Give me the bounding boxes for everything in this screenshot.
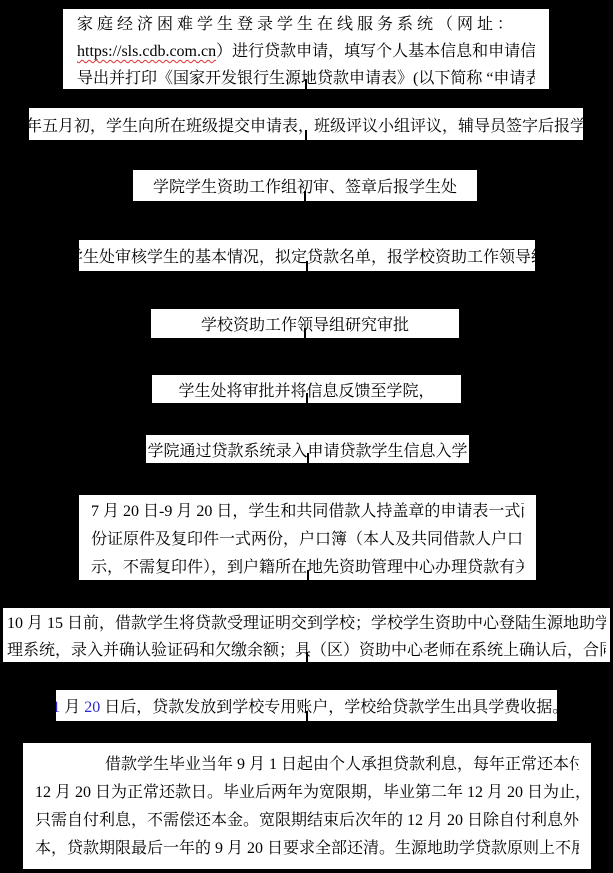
connector-stub bbox=[305, 79, 307, 90]
step-text-segment: 日后，贷款发放到学校专用账户，学校给贷款学生出具学费收据。 bbox=[100, 699, 558, 716]
connector-stub bbox=[306, 711, 308, 722]
connector-stub bbox=[304, 328, 306, 339]
flow-step-local-center-procedures: 7 月 20 日-9 月 20 日，学生和共同借款人持盖章的申请表一式两份，身 … bbox=[78, 494, 537, 581]
flow-step-feedback-to-college: 学生处将审批并将信息反馈至学院， bbox=[151, 374, 462, 404]
step-text-line: 10 月 15 日前，借款学生将贷款受理证明交到学校；学校学生资助中心登陆生源地… bbox=[7, 610, 606, 637]
step-text-line: https://sls.cdb.com.cn）进行贷款申请，填写个人基本信息和申… bbox=[77, 38, 535, 65]
flow-step-student-office-check: 学生处审核学生的基本情况，拟定贷款名单，报学校资助工作领导组 bbox=[78, 239, 536, 272]
flow-step-contract-confirmation: 10 月 15 日前，借款学生将贷款受理证明交到学校；学校学生资助中心登陆生源地… bbox=[2, 607, 611, 663]
step-text-line: 家 庭 经 济 困 难 学 生 登 录 学 生 在 线 服 务 系 统 （ 网 … bbox=[77, 11, 535, 38]
flow-step-online-application: 家 庭 经 济 困 难 学 生 登 录 学 生 在 线 服 务 系 统 （ 网 … bbox=[62, 8, 550, 90]
flowchart-page: 家 庭 经 济 困 难 学 生 登 录 学 生 在 线 服 务 系 统 （ 网 … bbox=[0, 0, 613, 873]
flow-step-loan-disbursement: 11 月 20 日后，贷款发放到学校专用账户，学校给贷款学生出具学费收据。 bbox=[55, 689, 558, 722]
step-text-line: 12 月 20 日为正常还款日。毕业后两年为宽限期，毕业第二年 12 月 20 … bbox=[35, 779, 579, 807]
step-text-line: 只需自付利息，不需偿还本金。宽限期结束后次年的 12 月 20 日除自付利息外开… bbox=[35, 807, 579, 835]
flow-step-repayment-terms: 借款学生毕业当年 9 月 1 日起由个人承担贷款利息，每年正常还本付息一次，每年… bbox=[22, 742, 592, 870]
step-text-segment: ）进行贷款申请，填写个人基本信息和申请信息， bbox=[216, 43, 535, 60]
flow-step-enter-loan-system: 学院通过贷款系统录入申请贷款学生信息入学 bbox=[145, 434, 470, 464]
date-number: 20 bbox=[84, 699, 100, 716]
step-text-segment: 月 bbox=[60, 699, 84, 716]
connector-stub bbox=[307, 570, 309, 581]
connector-stub bbox=[304, 191, 306, 202]
connector-stub bbox=[306, 652, 308, 663]
connector-stub bbox=[306, 393, 308, 404]
step-text-line: 借款学生毕业当年 9 月 1 日起由个人承担贷款利息，每年正常还本付息一次，每年… bbox=[35, 751, 579, 779]
flow-step-class-review: 每年五月初，学生向所在班级提交申请表，班级评议小组评议，辅导员签字后报学院 bbox=[28, 107, 584, 141]
connector-stub bbox=[307, 453, 309, 464]
step-text-line: 份证原件及复印件一式两份，户口簿（本人及共同借款人户口簿只需出 bbox=[91, 526, 524, 554]
flow-step-leading-group-approval: 学校资助工作领导组研究审批 bbox=[150, 308, 460, 339]
step-text-line: 7 月 20 日-9 月 20 日，学生和共同借款人持盖章的申请表一式两份，身 bbox=[91, 498, 524, 526]
loan-system-url: https://sls.cdb.com.cn bbox=[77, 43, 216, 60]
flow-step-college-review: 学院学生资助工作组初审、签章后报学生处 bbox=[132, 169, 478, 202]
connector-stub bbox=[306, 261, 308, 272]
step-text-line: 本，贷款期限最后一年的 9 月 20 日要求全部还清。生源地助学贷款原则上不展期… bbox=[35, 835, 579, 863]
connector-stub bbox=[305, 130, 307, 141]
